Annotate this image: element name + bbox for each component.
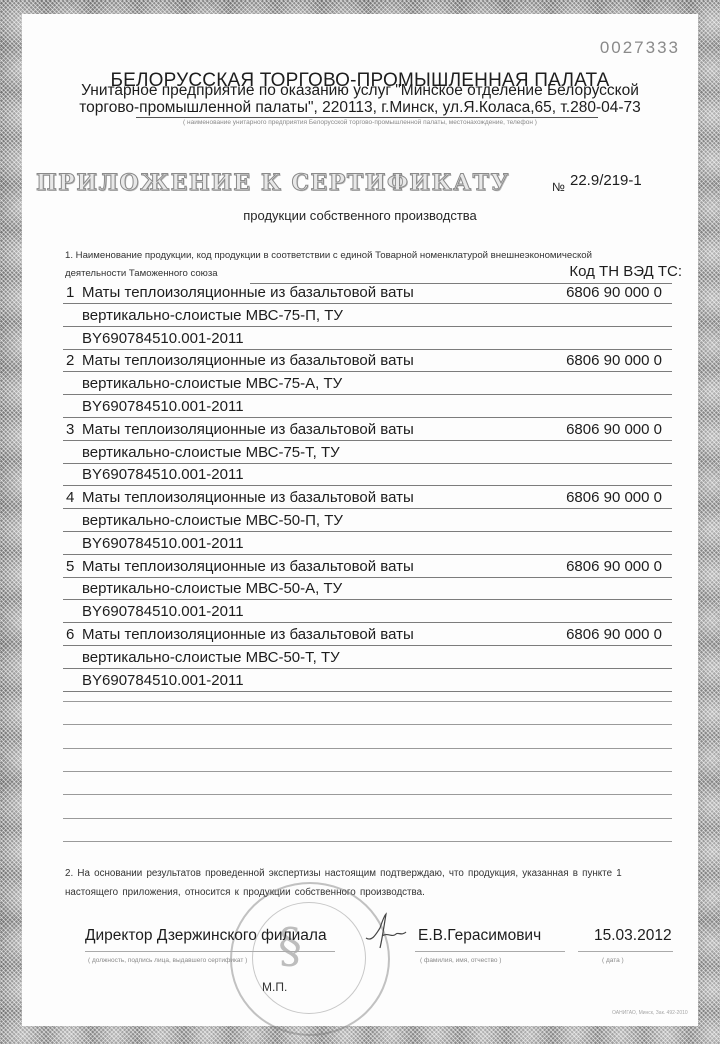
number-label: № <box>552 180 565 194</box>
issuer-underline <box>136 117 598 118</box>
signature-date: 15.03.2012 <box>594 927 672 945</box>
product-spec: BY690784510.001-2011 <box>82 466 244 483</box>
row-rule <box>63 394 672 395</box>
blank-line <box>63 794 672 795</box>
section1-heading-line1: 1. Наименование продукции, код продукции… <box>65 250 592 261</box>
document-subtitle: продукции собственного производства <box>0 208 720 223</box>
product-index: 3 <box>66 421 74 438</box>
product-type: вертикально-слоистые МВС-50-П, ТУ <box>82 512 343 529</box>
row-rule <box>63 463 672 464</box>
blank-line <box>63 841 672 842</box>
product-type: вертикально-слоистые МВС-75-Т, ТУ <box>82 444 340 461</box>
product-name: Маты теплоизоляционные из базальтовой ва… <box>82 558 414 575</box>
row-rule <box>63 531 672 532</box>
product-code: 6806 90 000 0 <box>566 284 662 301</box>
product-spec: BY690784510.001-2011 <box>82 398 244 415</box>
product-type: вертикально-слоистые МВС-75-А, ТУ <box>82 375 342 392</box>
row-rule <box>63 577 672 578</box>
issuer-line-1: Унитарное предприятие по оказанию услуг … <box>0 82 720 100</box>
row-rule <box>63 371 672 372</box>
row-rule <box>63 508 672 509</box>
product-name: Маты теплоизоляционные из базальтовой ва… <box>82 284 414 301</box>
product-code: 6806 90 000 0 <box>566 626 662 643</box>
role-rule <box>85 951 335 952</box>
row-rule <box>63 440 672 441</box>
document-title: ПРИЛОЖЕНИЕ К СЕРТИФИКАТУ <box>36 170 510 196</box>
product-code: 6806 90 000 0 <box>566 489 662 506</box>
issuer-caption: ( наименование унитарного предприятия Бе… <box>0 119 720 126</box>
row-rule <box>63 668 672 669</box>
row-rule <box>63 554 672 555</box>
row-rule <box>63 599 672 600</box>
product-spec: BY690784510.001-2011 <box>82 603 244 620</box>
product-index: 2 <box>66 352 74 369</box>
row-rule <box>63 645 672 646</box>
product-spec: BY690784510.001-2011 <box>82 330 244 347</box>
role-caption: ( должность, подпись лица, выдавшего сер… <box>88 957 247 964</box>
product-type: вертикально-слоистые МВС-50-Т, ТУ <box>82 649 340 666</box>
section1-heading-line2: деятельности Таможенного союза <box>65 268 218 279</box>
signatory-name: Е.В.Герасимович <box>418 927 541 945</box>
product-code: 6806 90 000 0 <box>566 421 662 438</box>
product-spec: BY690784510.001-2011 <box>82 672 244 689</box>
product-index: 1 <box>66 284 74 301</box>
product-type: вертикально-слоистые МВС-50-А, ТУ <box>82 580 342 597</box>
product-index: 5 <box>66 558 74 575</box>
product-spec: BY690784510.001-2011 <box>82 535 244 552</box>
product-name: Маты теплоизоляционные из базальтовой ва… <box>82 421 414 438</box>
seal-inner-ring <box>252 902 366 1014</box>
row-rule <box>63 622 672 623</box>
blank-line <box>63 818 672 819</box>
issuer-line-2: торгово-промышленной палаты", 220113, г.… <box>0 99 720 117</box>
row-rule <box>63 417 672 418</box>
serial-number: 0027333 <box>600 38 680 58</box>
date-rule <box>578 951 673 952</box>
blank-line <box>63 724 672 725</box>
name-rule <box>415 951 565 952</box>
blank-line <box>63 771 672 772</box>
name-caption: ( фамилия, имя, отчество ) <box>420 957 501 964</box>
product-name: Маты теплоизоляционные из базальтовой ва… <box>82 352 414 369</box>
product-index: 6 <box>66 626 74 643</box>
code-column-header: Код ТН ВЭД ТС: <box>569 263 682 280</box>
row-rule <box>63 303 672 304</box>
row-rule <box>63 485 672 486</box>
printer-mark: ОАНИГАО, Минск, Зак. 492-2010 <box>612 1010 688 1016</box>
seal-label: М.П. <box>262 980 287 994</box>
section2-statement: 2. На основании результатов проведенной … <box>65 864 675 902</box>
product-code: 6806 90 000 0 <box>566 352 662 369</box>
date-caption: ( дата ) <box>602 957 624 964</box>
official-seal: § <box>230 882 390 1036</box>
signature-icon <box>362 912 410 952</box>
product-code: 6806 90 000 0 <box>566 558 662 575</box>
product-type: вертикально-слоистые МВС-75-П, ТУ <box>82 307 343 324</box>
certificate-number: 22.9/219-1 <box>570 172 642 189</box>
product-index: 4 <box>66 489 74 506</box>
row-rule <box>63 691 672 692</box>
product-name: Маты теплоизоляционные из базальтовой ва… <box>82 626 414 643</box>
row-rule <box>63 326 672 327</box>
product-name: Маты теплоизоляционные из базальтовой ва… <box>82 489 414 506</box>
blank-line <box>63 748 672 749</box>
blank-line <box>63 701 672 702</box>
row-rule <box>63 349 672 350</box>
signatory-role: Директор Дзержинского филиала <box>85 927 327 945</box>
